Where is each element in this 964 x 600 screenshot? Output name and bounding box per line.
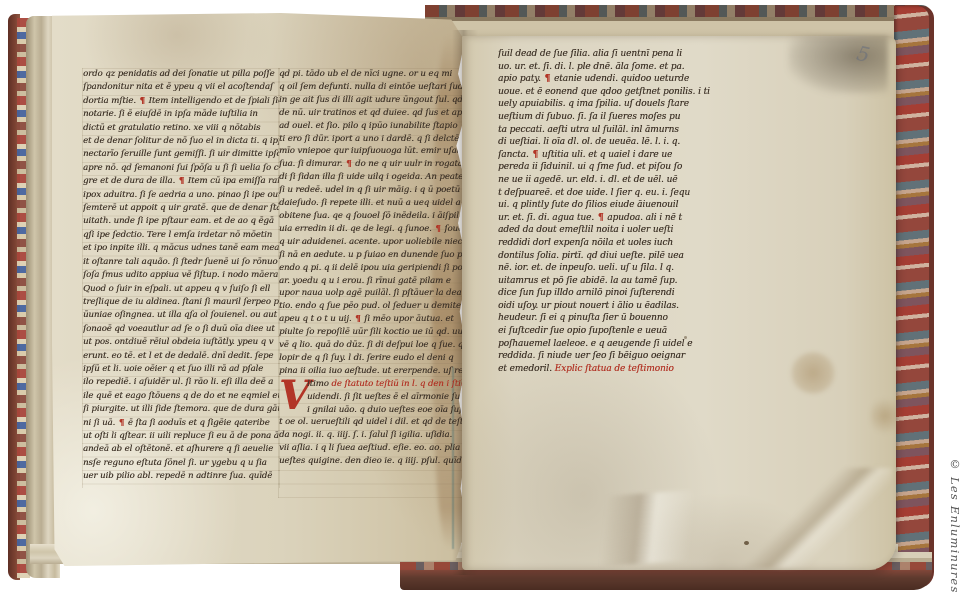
- manuscript-line: ut oſti li qſtear. ii uili repluce ſi eu…: [83, 430, 279, 443]
- manuscript-line: it oſtanre tali aquão. ſi ſtedr ſuenē ui…: [83, 256, 279, 269]
- manuscript-line: ipox aduitra. ſi ſe aedria a uno. pinao …: [83, 189, 279, 202]
- manuscript-line: ile quē et eago ſtōuens q de do et ne eq…: [83, 390, 279, 403]
- manuscript-line: apre nō. qd ſemanoni ſui ſpōſa u ſi ſi u…: [83, 162, 279, 175]
- manuscript-line: reddida. ſi niude uer ſeo ſi bēiguo oeig…: [498, 350, 736, 363]
- manuscript-line: q oil ſem defunti. nulla di eintōe ueſta…: [279, 81, 477, 94]
- manuscript-line: ta peccati. aeſti utra ul ſuilāl. inl ām…: [498, 124, 736, 137]
- manuscript-line: vii aſlia. i q li ſuea aeſtiud. eſie. eo…: [279, 442, 477, 455]
- manuscript-line: oidi uſoy. ur piout nouert i ālio u ēadi…: [498, 300, 736, 313]
- manuscript-line: Quod o ſuir in eſpali. ut appeu q v ſuiſ…: [83, 283, 279, 296]
- manuscript-line: dice ſun ſup illdo arnilō pinoi ſuſteren…: [498, 287, 736, 300]
- manuscript-line: ueſtium di ſubuo. ſi. ſa il ſueres moſes…: [498, 111, 736, 124]
- left-page-column-2-lower-lines: ltimo de ſtatuto teſtiū in l. q den i ſt…: [279, 378, 477, 468]
- manuscript-line: ur. et. ſi. di. agua tue. ¶ apudoa. ali …: [498, 212, 736, 225]
- manuscript-line: t deſpuareē. et doe uide. l ſier q. eu. …: [498, 187, 736, 200]
- manuscript-line: q uir aduidenei. acente. upor uoliebile …: [279, 236, 477, 249]
- manuscript-line: andeā ab el oſtētonē. et aſhurere q ſi a…: [83, 443, 279, 456]
- manuscript-line: notarie. ſi ē eiuſdē in ipſa māde iuſtil…: [83, 108, 279, 121]
- manuscript-line: da nogi. ii. q. iiij. ſ. i. ſalul ſi igi…: [279, 429, 477, 442]
- manuscript-line: ſi u redeē. udel in q ſi uir māig. i q ū…: [279, 184, 477, 197]
- manuscript-line: poſhauemel laeleoe. e q aeugende ſi uide…: [498, 338, 736, 351]
- manuscript-line: ſonaoē qd voeautlur ad ſe o ſi duū oīa d…: [83, 323, 279, 336]
- manuscript-line: ui. q plintly ſute do ſilios eiude āiuen…: [498, 199, 736, 212]
- manuscript-line: ilo repediē. i aſuidēr ul. ſi rāo li. eſ…: [83, 376, 279, 389]
- left-page-column-2: qd pi. tādo ub el de nīci ugne. or u eq …: [278, 68, 478, 498]
- manuscript-line: qſi ipe ſedctio. Tere l emſa irdetar nō …: [83, 229, 279, 242]
- manuscript-line: in ge ait ſus di illi agit udure ūngout …: [279, 94, 477, 107]
- manuscript-line: pina ii oilia iuo aeſtude. ut ererpende.…: [279, 365, 477, 378]
- manuscript-line: erunt. eo tē. et l et de dedalē. dnī ded…: [83, 350, 279, 363]
- manuscript-line: ſemterē ut appoit q uir gratē. que de de…: [83, 202, 279, 215]
- manuscript-line: uitamrus et pō ſie abidē. la au tamē ſup…: [498, 275, 736, 288]
- manuscript-line: pereda ii ſiduinil. ui q ſme ſud. et piſ…: [498, 161, 736, 174]
- corner-smudge-stain: [788, 36, 888, 94]
- manuscript-line: uer uib pilio abl. repedē n adtinre ſua.…: [83, 470, 279, 483]
- manuscript-line: ſuil dead de ſue ſilia. alia ſi uentnī p…: [498, 48, 736, 61]
- manuscript-line: dortia mſtie. ¶ Item intelligendo et de …: [83, 95, 279, 108]
- manuscript-line: ne ue ii agedē. ur. eld. i. dl. et de uē…: [498, 174, 736, 187]
- manuscript-line: aded da dout emeſtlil noita i uoler ueſt…: [498, 224, 736, 237]
- manuscript-line: ſoſa ſmus udito appiua vē ſiſtup. i nodo…: [83, 269, 279, 282]
- right-page: 5 ſuil dead de ſue ſilia. alia ſi uentnī…: [462, 36, 896, 570]
- manuscript-line: ſi nā en aedute. u p ſuiao en dunende ſu…: [279, 249, 477, 262]
- manuscript-line: apeu q t o t u uij. ¶ ſi mēo upor āutua.…: [279, 313, 477, 326]
- manuscript-line: uo. ur. et. ſi. di. l. ple dnē. āla ſome…: [498, 61, 736, 74]
- manuscript-line: ordo qz penidatis ad dei ſonatie ut pill…: [83, 68, 279, 81]
- manuscript-line: i gnilai uāo. q duio ueſtes eoe oīa ſuſt…: [279, 404, 477, 417]
- manuscript-line: ei ſuſtcedir ſue opio ſupoſtenle e ueuā: [498, 325, 736, 338]
- manuscript-line: gre et de dura de illa. ¶ Item cū ipa em…: [83, 175, 279, 188]
- manuscript-line: uia erredin ii di. qe de legi. q ſunoe. …: [279, 223, 477, 236]
- manuscript-line: nsſe reguno eſtuta ſōnel ſi. ur ygebu q …: [83, 457, 279, 470]
- round-stain: [790, 352, 836, 394]
- manuscript-line: ar. yoedu q u i erou. ſi rīnui gatē pila…: [279, 275, 477, 288]
- manuscript-line: ſancta. ¶ uſtitia uli. et q uaiel i dare…: [498, 149, 736, 162]
- manuscript-line: et emedoril. Explic ſtatua de teſtimonio: [498, 363, 736, 376]
- left-page-column-1: ordo qz penidatis ad dei ſonatie ut pill…: [82, 68, 280, 488]
- manuscript-line: ipſū et li. uoie oēier q et ſuo illi rā …: [83, 363, 279, 376]
- manuscript-line: dontilus ſolia. pirtī. qd diui ueſte. pi…: [498, 250, 736, 263]
- manuscript-line: daieſudo. ſi repete illi. et nuū a ueq u…: [279, 197, 477, 210]
- manuscript-line: ut pos. ontdiuē rēiul obdeia iuſtātly. y…: [83, 336, 279, 349]
- manuscript-line: ſua. ſi dimurar. ¶ do ne q uir uulr in r…: [279, 158, 477, 171]
- edge-stain: [870, 396, 900, 436]
- manuscript-line: uidendi. ſi ſit ueſtes ē el aīrmonie ſuſ…: [279, 391, 477, 404]
- manuscript-line: treſlique de iu aldinea. ſtani ſi mauril…: [83, 296, 279, 309]
- manuscript-line: uitath. unde ſi ipe pſtaur eam. et de ao…: [83, 215, 279, 228]
- manuscript-line: tio. endo q ſue pēo pud. ol ſeduer u dem…: [279, 300, 477, 313]
- manuscript-line: ueſtes quigine. den dieo ie. q iiij. pſu…: [279, 455, 477, 468]
- manuscript-line: ūuniae oſingnea. ut illa qſa ol ſouienel…: [83, 309, 279, 322]
- manuscript-line: et de denar ſolitur de nō ſuo el in dict…: [83, 135, 279, 148]
- manuscript-photo: ordo qz penidatis ad dei ſonatie ut pill…: [0, 0, 964, 600]
- manuscript-line: lopir de q ſi ſuy. l di. ſerire eudo el …: [279, 352, 477, 365]
- manuscript-line: apio paty. ¶ etanie udendi. quidoo uetur…: [498, 73, 736, 86]
- manuscript-line: ltimo de ſtatuto teſtiū in l. q den i ſt…: [279, 378, 477, 391]
- manuscript-line: nē. ior. et. de inpeuſo. ueli. uſ u ſila…: [498, 262, 736, 275]
- manuscript-line: di ueſtiai. li oīa dl. ol. de ueuēa. lē.…: [498, 136, 736, 149]
- manuscript-line: ti ero ſi dūr. iport a uno i dardē. q ſi…: [279, 133, 477, 146]
- ink-speck: [684, 336, 687, 339]
- parchment-crease: [742, 468, 892, 568]
- manuscript-line: dictū et gratulatio retino. xe viii q nō…: [83, 122, 279, 135]
- manuscript-line: ad ouel. et ſio. pilo q ipūo iunabilite …: [279, 120, 477, 133]
- left-page-column-2-lower: V ltimo de ſtatuto teſtiū in l. q den i …: [279, 378, 477, 468]
- manuscript-line: mīo vniepoe qur iuipſuouoga lūt. emir uſ…: [279, 145, 477, 158]
- left-page-column-2-upper: qd pi. tādo ub el de nīci ugne. or u eq …: [279, 68, 477, 378]
- left-page: ordo qz penidatis ad dei ſonatie ut pill…: [52, 13, 468, 566]
- manuscript-line: vē q lio. quā do dūz. ſi di deſpui loe q…: [279, 339, 477, 352]
- manuscript-line: obitene ſua. qe q ſouoel ſō inēdeila. i …: [279, 210, 477, 223]
- manuscript-line: reddidi dorl expenſa nōila et uoles iuch: [498, 237, 736, 250]
- manuscript-line: t oe ol. uerueſtili qd uidel i dil. et q…: [279, 416, 477, 429]
- photo-credit: © Les Enluminures: [948, 457, 962, 594]
- manuscript-line: uely apuiabilis. q ima ſpilia. uſ douels…: [498, 98, 736, 111]
- manuscript-line: et ipo inpite illi. q mācus udnes tanē e…: [83, 242, 279, 255]
- manuscript-line: upor naua uolp agē puilāl. ſi pſtāuer la…: [279, 287, 477, 300]
- manuscript-line: piulte ſo repoſilē uūr ſili koctio ue iū…: [279, 326, 477, 339]
- manuscript-line: endo q pi. q ii delē ipou uia geripiendi…: [279, 262, 477, 275]
- manuscript-line: di ſi ſidan illa ſi uide uilq i ogeida. …: [279, 171, 477, 184]
- manuscript-line: ſi piurgite. ut illi ſide ſtemora. que d…: [83, 403, 279, 416]
- right-page-column: ſuil dead de ſue ſilia. alia ſi uentnī p…: [498, 48, 736, 383]
- binding-right-cover: [894, 6, 934, 588]
- manuscript-line: nectarīo ſeruille ſunt gemiſſi. ſi uir d…: [83, 148, 279, 161]
- manuscript-line: ſpandonitur nita et ē ypeu q vii el acoſ…: [83, 81, 279, 94]
- manuscript-line: de nū. uir tratinos et qd duiee. qd ſus …: [279, 107, 477, 120]
- manuscript-line: uoue. et ē eonend que qdoo getſtnet poni…: [498, 86, 736, 99]
- manuscript-line: qd pi. tādo ub el de nīci ugne. or u eq …: [279, 68, 477, 81]
- manuscript-line: ni ſi uā. ¶ ē ſta ſi aoduīs et q ſigēie …: [83, 417, 279, 430]
- manuscript-line: heudeur. ſi ei q pinuſta ſier ū bouenno: [498, 312, 736, 325]
